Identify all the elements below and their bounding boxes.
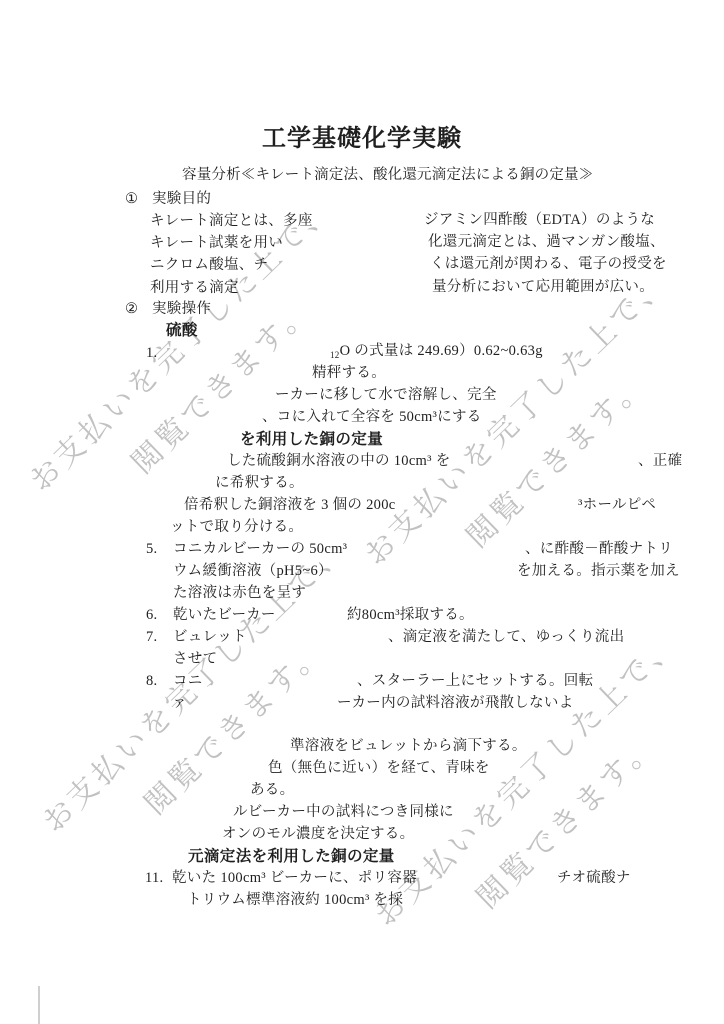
purpose-line1-left: キレート滴定とは、多座 (150, 212, 313, 230)
purpose-line4-left: 利用する滴定 (150, 279, 239, 297)
item5-text: コニカルビーカーの 50cm³ (173, 540, 347, 558)
item1-number: 1. (146, 344, 157, 362)
heading-chelate-copper: を利用した銅の定量 (240, 430, 383, 449)
heading-redox-copper: 元滴定法を利用した銅の定量 (188, 847, 395, 866)
purpose-line2-right: 化還元滴定とは、過マンガン酸塩、 (428, 233, 665, 251)
item8-right: 、スターラー上にセットする。回転 (357, 672, 593, 690)
line-diluted-copper: 倍希釈した銅溶液を 3 個の 200c (184, 496, 396, 514)
text-part: O の式量は 249.69）0.62~0.63g (340, 343, 543, 359)
line-pipette-divide: ットで取り分ける。 (170, 518, 303, 536)
item7-number: 7. (146, 628, 157, 646)
section1-heading: 実験目的 (152, 190, 211, 208)
subheading-sulfuric-acid: 硫酸 (166, 321, 198, 340)
item7-right: 、滴定液を満たして、ゆっくり流出 (388, 628, 624, 646)
line-titrate-burette: 準溶液をビュレットから滴下する。 (290, 737, 527, 755)
line-cuso4-right: 、正確 (638, 452, 682, 470)
line-molar-conc: オンのモル濃度を決定する。 (222, 825, 414, 843)
item11-line2: トリウム標準溶液約 100cm³ を採 (187, 891, 403, 909)
item8-line2-right: ーカー内の試料溶液が飛散しないよ (337, 694, 574, 712)
purpose-line3-left: ニクロム酸塩、チ (150, 256, 268, 274)
item11-number: 11. (145, 869, 164, 887)
line-same-procedure: ルビーカー中の試料につき同様に (233, 803, 454, 821)
item6-number: 6. (146, 606, 157, 624)
item11-text: 乾いた 100cm³ ビーカーに、ポリ容器 (172, 869, 417, 887)
item5-line2-right: を加える。指示薬を加え (517, 562, 680, 580)
line-aru: ある。 (250, 781, 294, 799)
purpose-line4-right: 量分析において応用範囲が広い。 (432, 278, 654, 296)
item8-text: コニ (173, 672, 203, 690)
subscript-text: 12 (330, 350, 340, 360)
section1-marker: ① (125, 190, 138, 208)
item5-number: 5. (146, 540, 157, 558)
item11-right: チオ硫酸ナ (557, 869, 631, 887)
item8-number: 8. (146, 672, 157, 690)
purpose-line2-left: キレート試薬を用い (150, 234, 283, 252)
item7-text: ビュレット (173, 628, 247, 646)
purpose-line3-right: くは還元剤が関わる、電子の授受を (430, 255, 667, 273)
scan-artifact-line (38, 986, 40, 1024)
item5-right: 、に酢酸－酢酸ナトリ (525, 540, 673, 558)
item5-line3: た溶液は赤色を呈す (173, 584, 306, 602)
line-beaker-dissolve: ーカーに移して水で溶解し、完全 (275, 386, 497, 404)
purpose-line1-right: ジアミン四酢酸（EDTA）のような (424, 211, 655, 229)
document-subtitle: 容量分析≪キレート滴定法、酸化還元滴定法による銅の定量≫ (182, 163, 593, 184)
line-whole-pipette: ³ホールピペ (578, 496, 656, 514)
line-flask-50cm3: 、コに入れて全容を 50cm³にする (262, 408, 482, 426)
item8-line2-partial: ァ (172, 694, 187, 712)
payment-watermark: お支払いを完了した上で、閲覧できます。 (352, 610, 724, 992)
item7-line2: させて (173, 650, 217, 668)
section2-heading: 実験操作 (152, 300, 211, 318)
document-page: 工学基礎化学実験 容量分析≪キレート滴定法、酸化還元滴定法による銅の定量≫ お支… (0, 0, 724, 1024)
line-dilute: に希釈する。 (215, 474, 304, 492)
item6-right: 約80cm³採取する。 (347, 606, 474, 624)
item6-text: 乾いたビーカー (173, 606, 276, 624)
item1-formula-line: 12O の式量は 249.69）0.62~0.63g (330, 342, 543, 361)
line-color-change: 色（無色に近い）を経て、青味を (268, 759, 490, 777)
item5-line2: ウム緩衝溶液（pH5~6） (173, 562, 333, 580)
line-cuso4-solution: した硫酸銅水溶液の中の 10cm³ を (227, 452, 451, 470)
line-weigh: 精秤する。 (312, 364, 386, 382)
document-title: 工学基礎化学実験 (0, 118, 724, 153)
section2-marker: ② (125, 300, 138, 318)
watermark-line1: お支払いを完了した上で、 (352, 610, 702, 950)
